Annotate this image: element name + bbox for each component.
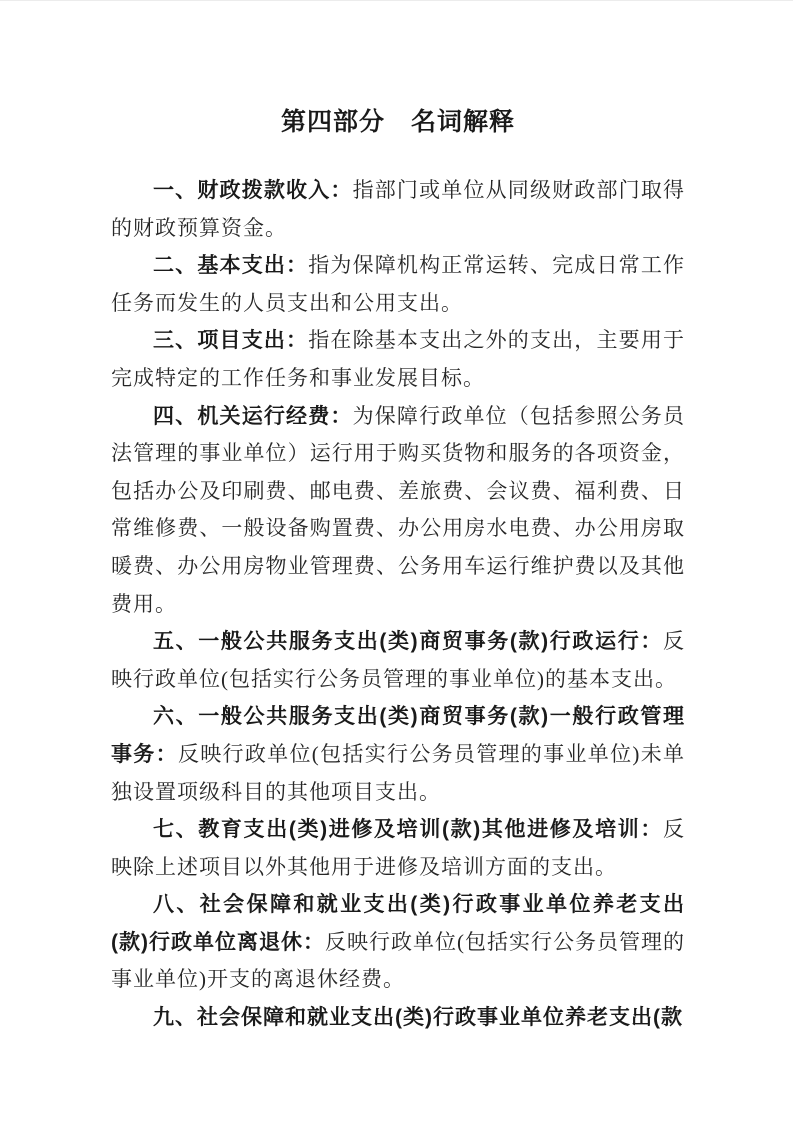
definition-paragraph: 五、一般公共服务支出(类)商贸事务(款)行政运行：反映行政单位(包括实行公务员管…	[111, 623, 685, 698]
term-text: 五、一般公共服务支出(类)商贸事务(款)行政运行：	[153, 630, 663, 653]
definition-paragraph: 九、社会保障和就业支出(类)行政事业单位养老支出(款	[111, 999, 685, 1037]
definition-paragraph: 六、一般公共服务支出(类)商贸事务(款)一般行政管理事务：反映行政单位(包括实行…	[111, 698, 685, 811]
definition-paragraph: 八、社会保障和就业支出(类)行政事业单位养老支出(款)行政单位离退休：反映行政单…	[111, 886, 685, 999]
definition-paragraph: 七、教育支出(类)进修及培训(款)其他进修及培训：反映除上述项目以外其他用于进修…	[111, 811, 685, 886]
definition-text: 反映行政单位(包括实行公务员管理的事业单位)未单独设置项级科目的其他项目支出。	[111, 742, 685, 804]
term-text: 四、机关运行经费：	[153, 405, 353, 428]
term-text: 九、社会保障和就业支出(类)行政事业单位养老支出(款	[153, 1006, 683, 1029]
document-page: 第四部分 名词解释 一、财政拨款收入：指部门或单位从同级财政部门取得的财政预算资…	[0, 0, 793, 1122]
page-title: 第四部分 名词解释	[111, 105, 685, 139]
term-text: 一、财政拨款收入：	[153, 179, 353, 202]
term-text: 二、基本支出：	[153, 254, 308, 277]
definition-paragraph: 一、财政拨款收入：指部门或单位从同级财政部门取得的财政预算资金。	[111, 172, 685, 247]
definition-text: 为保障行政单位（包括参照公务员法管理的事业单位）运行用于购买货物和服务的各项资金…	[111, 404, 685, 616]
term-text: 七、教育支出(类)进修及培训(款)其他进修及培训：	[153, 818, 663, 841]
definition-paragraph: 四、机关运行经费：为保障行政单位（包括参照公务员法管理的事业单位）运行用于购买货…	[111, 398, 685, 624]
definitions-list: 一、财政拨款收入：指部门或单位从同级财政部门取得的财政预算资金。 二、基本支出：…	[111, 172, 685, 1037]
definition-paragraph: 三、项目支出：指在除基本支出之外的支出，主要用于完成特定的工作任务和事业发展目标…	[111, 322, 685, 397]
term-text: 三、项目支出：	[153, 329, 308, 352]
definition-paragraph: 二、基本支出：指为保障机构正常运转、完成日常工作任务而发生的人员支出和公用支出。	[111, 247, 685, 322]
